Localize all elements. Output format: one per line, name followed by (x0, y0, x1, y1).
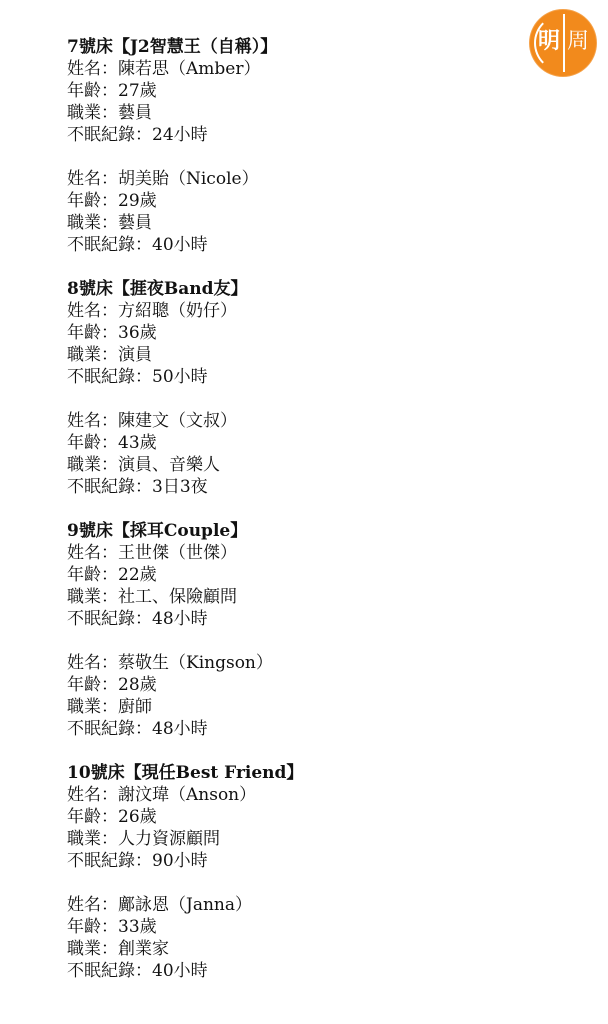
person-age: 年齡：29歲 (67, 190, 527, 212)
person-record: 不眠紀錄：48小時 (67, 718, 527, 740)
person-name: 姓名：胡美貽（Nicole） (67, 168, 527, 190)
logo-char-left: 明 (538, 28, 560, 56)
person-entry: 姓名：謝汶瑋（Anson） 年齡：26歲 職業：人力資源顧問 不眠紀錄：90小時 (67, 784, 527, 872)
bed-title: 7號床【J2智慧王（自稱）】 (67, 36, 527, 58)
person-entry: 姓名：王世傑（世傑） 年齡：22歲 職業：社工、保險顧問 不眠紀錄：48小時 (67, 542, 527, 630)
person-entry: 姓名：鄺詠恩（Janna） 年齡：33歲 職業：創業家 不眠紀錄：40小時 (67, 894, 527, 982)
person-record: 不眠紀錄：48小時 (67, 608, 527, 630)
logo-divider (563, 14, 565, 72)
person-job: 職業：演員、音樂人 (67, 454, 527, 476)
person-job: 職業：演員 (67, 344, 527, 366)
person-entry: 姓名：陳建文（文叔） 年齡：43歲 職業：演員、音樂人 不眠紀錄：3日3夜 (67, 410, 527, 498)
bed-section: 9號床【採耳Couple】 姓名：王世傑（世傑） 年齡：22歲 職業：社工、保險… (67, 520, 527, 740)
person-age: 年齡：43歲 (67, 432, 527, 454)
logo-char-right: 周 (567, 28, 589, 56)
person-name: 姓名：鄺詠恩（Janna） (67, 894, 527, 916)
bed-section: 7號床【J2智慧王（自稱）】 姓名：陳若思（Amber） 年齡：27歲 職業：藝… (67, 36, 527, 256)
person-name: 姓名：陳建文（文叔） (67, 410, 527, 432)
mingzhou-logo: 明 周 (530, 10, 596, 76)
person-age: 年齡：22歲 (67, 564, 527, 586)
person-job: 職業：創業家 (67, 938, 527, 960)
person-name: 姓名：謝汶瑋（Anson） (67, 784, 527, 806)
person-name: 姓名：王世傑（世傑） (67, 542, 527, 564)
person-record: 不眠紀錄：40小時 (67, 960, 527, 982)
person-entry: 姓名：方紹聰（奶仔） 年齡：36歲 職業：演員 不眠紀錄：50小時 (67, 300, 527, 388)
person-name: 姓名：蔡敬生（Kingson） (67, 652, 527, 674)
person-record: 不眠紀錄：50小時 (67, 366, 527, 388)
person-job: 職業：藝員 (67, 102, 527, 124)
bed-title: 10號床【現任Best Friend】 (67, 762, 527, 784)
bed-section: 10號床【現任Best Friend】 姓名：謝汶瑋（Anson） 年齡：26歲… (67, 762, 527, 982)
person-age: 年齡：28歲 (67, 674, 527, 696)
person-entry: 姓名：陳若思（Amber） 年齡：27歲 職業：藝員 不眠紀錄：24小時 (67, 58, 527, 146)
bed-title: 8號床【捱夜Band友】 (67, 278, 527, 300)
person-age: 年齡：26歲 (67, 806, 527, 828)
person-name: 姓名：方紹聰（奶仔） (67, 300, 527, 322)
person-record: 不眠紀錄：40小時 (67, 234, 527, 256)
person-age: 年齡：36歲 (67, 322, 527, 344)
person-record: 不眠紀錄：90小時 (67, 850, 527, 872)
person-job: 職業：社工、保險顧問 (67, 586, 527, 608)
person-record: 不眠紀錄：24小時 (67, 124, 527, 146)
person-job: 職業：廚師 (67, 696, 527, 718)
person-age: 年齡：27歲 (67, 80, 527, 102)
person-entry: 姓名：蔡敬生（Kingson） 年齡：28歲 職業：廚師 不眠紀錄：48小時 (67, 652, 527, 740)
contestant-list: 7號床【J2智慧王（自稱）】 姓名：陳若思（Amber） 年齡：27歲 職業：藝… (67, 36, 527, 1004)
person-job: 職業：藝員 (67, 212, 527, 234)
bed-section: 8號床【捱夜Band友】 姓名：方紹聰（奶仔） 年齡：36歲 職業：演員 不眠紀… (67, 278, 527, 498)
bed-title: 9號床【採耳Couple】 (67, 520, 527, 542)
person-record: 不眠紀錄：3日3夜 (67, 476, 527, 498)
person-entry: 姓名：胡美貽（Nicole） 年齡：29歲 職業：藝員 不眠紀錄：40小時 (67, 168, 527, 256)
person-name: 姓名：陳若思（Amber） (67, 58, 527, 80)
person-age: 年齡：33歲 (67, 916, 527, 938)
person-job: 職業：人力資源顧問 (67, 828, 527, 850)
